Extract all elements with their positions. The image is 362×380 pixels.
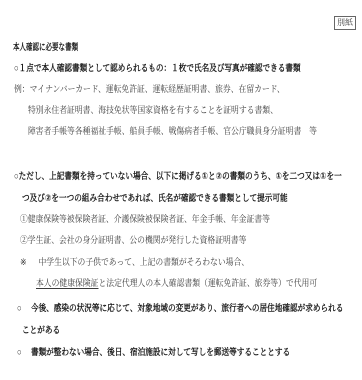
bullet-region-line-2: ことがある: [22, 325, 60, 336]
bullet-mail-text: 書類が整わない場合、後日、宿泊施設に対して写しを郵送等することとする: [31, 347, 290, 357]
heading-combination-line-2: つ及び②を一つの組み合わせであれば、氏名が確認できる書類として提示可能: [22, 193, 288, 204]
bullet-region-line-1: ○今後、感染の状況等に応じて、対象地域の変更があり、旅行者への居住地確認が求めら…: [17, 303, 343, 314]
note-line-1: ※中学生以下の子供であって、上記の書類がそろわない場合、: [20, 258, 249, 269]
bullet-mail-marker: ○: [17, 347, 31, 358]
bullet-mail-line: ○書類が整わない場合、後日、宿泊施設に対して写しを郵送等することとする: [17, 347, 290, 358]
note-line-2-rest: と法定代理人の本人確認書類（運転免許証、旅券等）で代用可: [98, 279, 317, 289]
heading-single-document: ○１点で本人確認書類として認められるもの：１枚で氏名及び写真が確認できる書類: [14, 63, 301, 74]
example-line-3: 障害者手帳等各種福祉手帳、船員手帳、戦傷病者手帳、官公庁職員身分証明書 等: [28, 127, 317, 138]
note-line-2: 本人の健康保険証と法定代理人の本人確認書類（運転免許証、旅券等）で代用可: [36, 279, 317, 290]
example-line-2: 特別永住者証明書、海技免状等国家資格を有することを証明する書類、: [28, 106, 278, 117]
example-line-1: 例：マイナンバーカード、運転免許証、運転経歴証明書、旅券、在留カード、: [14, 85, 285, 96]
note-underlined-text: 本人の健康保険証: [36, 279, 98, 289]
heading-combination-line-1: ○ただし、上記書類を持っていない場合、以下に掲げる①と②の書類のうち、①を二つ又…: [14, 171, 342, 182]
combo-item-1: ①健康保険等被保険者証、介護保険被保険者証、年金手帳、年金証書等: [20, 215, 270, 226]
bullet-region-marker: ○: [17, 303, 31, 314]
annex-tag: 別紙: [334, 16, 356, 30]
document-title: 本人確認に必要な書類: [13, 42, 78, 53]
note-marker: ※: [20, 258, 38, 269]
bullet-region-text-1: 今後、感染の状況等に応じて、対象地域の変更があり、旅行者への居住地確認が求められ…: [31, 303, 343, 313]
document-page: 別紙 本人確認に必要な書類 ○１点で本人確認書類として認められるもの：１枚で氏名…: [0, 0, 362, 380]
note-line-1-text: 中学生以下の子供であって、上記の書類がそろわない場合、: [38, 258, 249, 268]
combo-item-2: ②学生証、会社の身分証明書、公の機関が発行した資格証明書等: [20, 236, 246, 247]
